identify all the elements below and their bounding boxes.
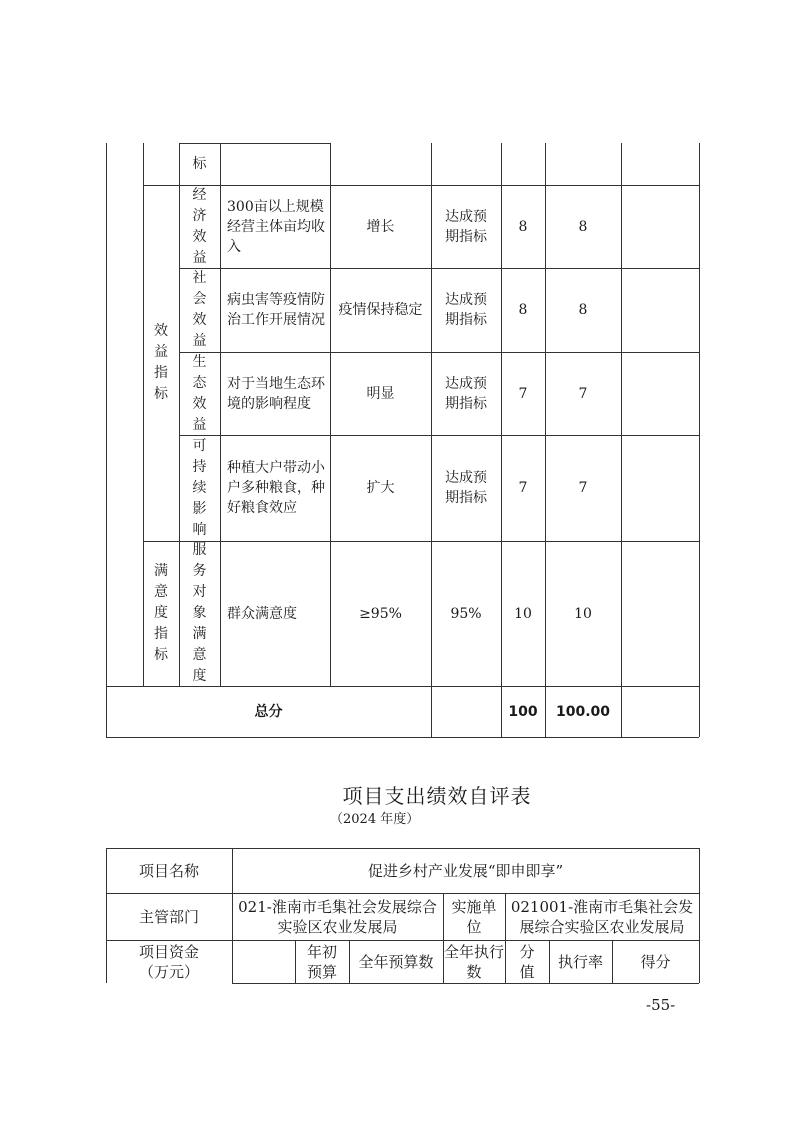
total-label: 总分 bbox=[106, 686, 431, 737]
score-cell: 8 bbox=[545, 268, 621, 352]
sub-indicator-text: 生态效益 bbox=[192, 352, 208, 436]
table-border bbox=[106, 143, 107, 737]
table-border bbox=[699, 848, 700, 983]
sub-indicator-social: 社会效益 bbox=[179, 268, 220, 352]
funds-header-score: 得分 bbox=[612, 940, 699, 983]
sub-indicator-ecological: 生态效益 bbox=[179, 352, 220, 435]
indicator-cell: 对于当地生态环境的影响程度 bbox=[220, 352, 330, 435]
target-cell: 明显 bbox=[330, 352, 431, 435]
weight-cell: 10 bbox=[501, 541, 545, 686]
funds-header-annual-budget: 全年预算数 bbox=[349, 940, 443, 983]
target-cell: 扩大 bbox=[330, 435, 431, 541]
group-label-benefit: 效益指标 bbox=[143, 185, 179, 541]
score-cell: 10 bbox=[545, 541, 621, 686]
funds-header-annual-executed: 全年执行数 bbox=[443, 940, 505, 983]
sub-indicator-service-satisfaction: 服务对象满意度 bbox=[179, 541, 220, 686]
project-name-label: 项目名称 bbox=[106, 848, 232, 893]
table-border bbox=[106, 737, 699, 738]
actual-cell: 95% bbox=[431, 541, 501, 686]
sub-indicator-text: 经济效益 bbox=[192, 185, 208, 269]
sub-indicator-text: 可持续影响 bbox=[192, 436, 208, 541]
actual-cell: 达成预期指标 bbox=[431, 352, 501, 435]
indicator-cell: 群众满意度 bbox=[220, 541, 330, 686]
sub-indicator-economic: 经济效益 bbox=[179, 185, 220, 268]
weight-cell: 7 bbox=[501, 352, 545, 435]
group-label-text: 满意度指标 bbox=[153, 561, 169, 666]
total-weight: 100 bbox=[501, 686, 545, 737]
funds-header-initial-budget: 年初预算 bbox=[295, 940, 349, 983]
total-score: 100.00 bbox=[545, 686, 621, 737]
funds-header-execution-rate: 执行率 bbox=[549, 940, 612, 983]
sub-indicator-sustainable: 可持续影响 bbox=[179, 435, 220, 541]
impl-unit-label: 实施单位 bbox=[443, 893, 505, 940]
dept-label: 主管部门 bbox=[106, 893, 232, 940]
indicator-cell: 种植大户带动小户多种粮食，种好粮食效应 bbox=[220, 435, 330, 541]
sub-indicator-text: 服务对象满意度 bbox=[192, 540, 208, 687]
indicator-cell: 病虫害等疫情防治工作开展情况 bbox=[220, 268, 330, 352]
page-number: -55- bbox=[646, 996, 675, 1014]
funds-header-weight: 分值 bbox=[505, 940, 549, 983]
weight-cell: 8 bbox=[501, 185, 545, 268]
target-cell: 疫情保持稳定 bbox=[330, 268, 431, 352]
indicator-cell: 300亩以上规模经营主体亩均收入 bbox=[220, 185, 330, 268]
target-cell: 增长 bbox=[330, 185, 431, 268]
impl-unit-value: 021001-淮南市毛集社会发展综合实验区农业发展局 bbox=[505, 893, 699, 940]
dept-value: 021-淮南市毛集社会发展综合实验区农业发展局 bbox=[232, 893, 443, 940]
table-border bbox=[621, 143, 622, 737]
table-border bbox=[232, 983, 699, 984]
actual-cell: 达成预期指标 bbox=[431, 435, 501, 541]
weight-cell: 8 bbox=[501, 268, 545, 352]
form-subtitle-year: （2024 年度） bbox=[330, 808, 419, 827]
weight-cell: 7 bbox=[501, 435, 545, 541]
group-label-text: 效益指标 bbox=[153, 321, 169, 405]
score-cell: 8 bbox=[545, 185, 621, 268]
actual-cell: 达成预期指标 bbox=[431, 185, 501, 268]
table-border bbox=[699, 143, 700, 737]
score-cell: 7 bbox=[545, 435, 621, 541]
sub-indicator-fragment: 标 bbox=[179, 143, 220, 185]
group-label-satisfaction: 满意度指标 bbox=[143, 541, 179, 686]
sub-indicator-text: 社会效益 bbox=[192, 268, 208, 352]
project-name-value: 促进乡村产业发展“即申即享” bbox=[232, 848, 699, 893]
actual-cell: 达成预期指标 bbox=[431, 268, 501, 352]
target-cell: ≥95% bbox=[330, 541, 431, 686]
score-cell: 7 bbox=[545, 352, 621, 435]
funds-label: 项目资金（万元） bbox=[106, 940, 232, 983]
form-title: 项目支出绩效自评表 bbox=[0, 780, 794, 809]
